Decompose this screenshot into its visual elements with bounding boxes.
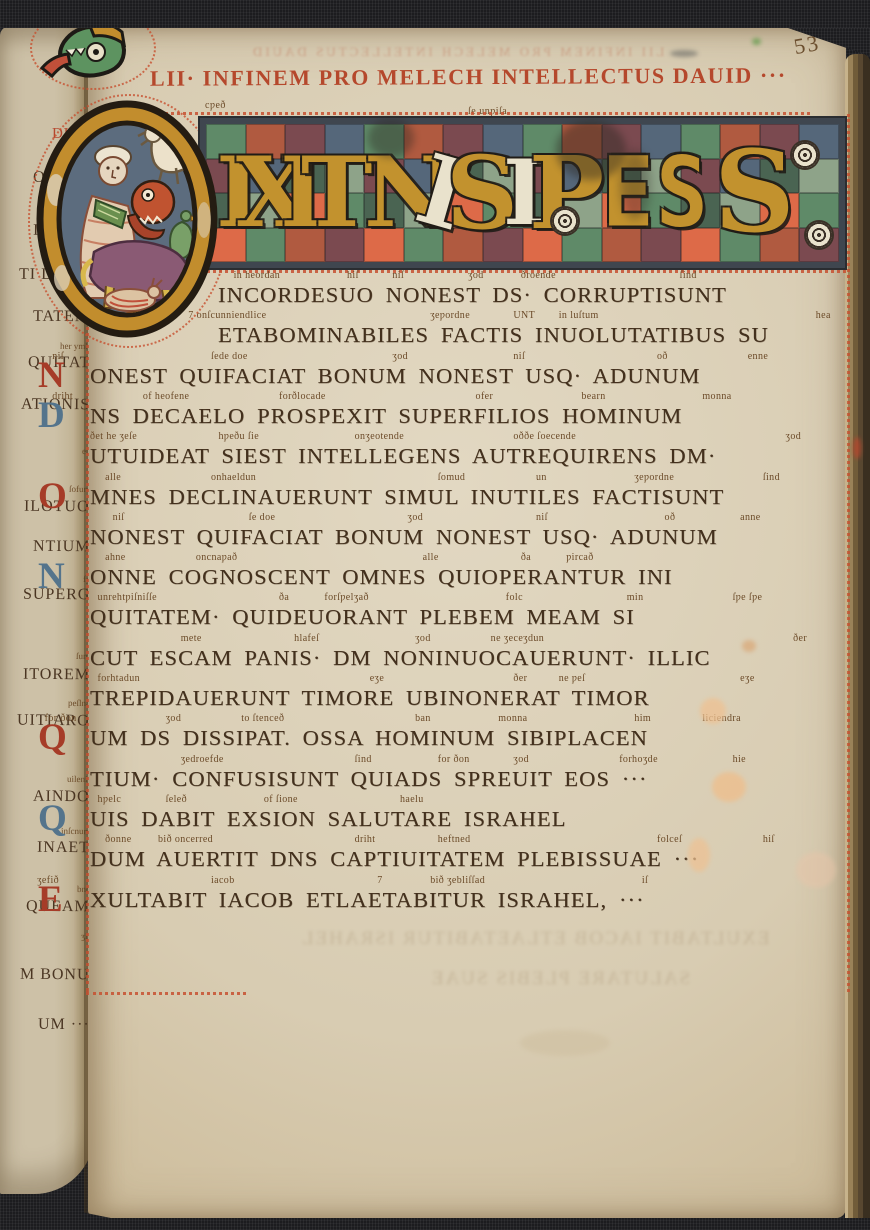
interlinear-gloss: ſind bbox=[355, 754, 372, 765]
interlinear-gloss: oð bbox=[657, 351, 668, 362]
interlinear-gloss: driht bbox=[355, 834, 376, 845]
interlinear-gloss: oððe ſoecende bbox=[513, 431, 576, 442]
interlinear-gloss: 7 onſcunniendlice bbox=[188, 310, 266, 321]
page-fragment: M BONU bbox=[20, 966, 90, 985]
stain bbox=[670, 50, 698, 57]
psalm-text-block: in heordanhiſniſʒodðroendeſindINCORDESUO… bbox=[90, 0, 846, 1230]
stain bbox=[853, 437, 861, 459]
interlinear-gloss: forſƿelʒað bbox=[324, 592, 369, 603]
interlinear-gloss: ʒeƿordne bbox=[634, 472, 674, 483]
verse-initial: D bbox=[38, 399, 65, 433]
interlinear-gloss: niſ bbox=[52, 351, 64, 362]
interlinear-gloss: ʒod bbox=[468, 270, 484, 281]
interlinear-gloss: ſomud bbox=[438, 472, 466, 483]
interlinear-gloss: bearn bbox=[581, 391, 605, 402]
interlinear-gloss: in luſtum bbox=[559, 310, 599, 321]
interlinear-gloss: for ðon bbox=[45, 713, 77, 724]
page-fragment: INAET bbox=[37, 839, 90, 857]
psalm-line-text: DUM AUERTIT DNS CAPTIUITATEM PLEBISSUAE … bbox=[90, 847, 699, 872]
psalm-line: in heordanhiſniſʒodðroendeſindINCORDESUO… bbox=[90, 272, 846, 312]
psalm-line-text: TREPIDAUERUNT TIMORE UBINONERAT TIMOR bbox=[90, 686, 650, 711]
interlinear-gloss: for ðon bbox=[438, 754, 470, 765]
interlinear-gloss: monna bbox=[702, 391, 731, 402]
interlinear-gloss: alle bbox=[105, 472, 121, 483]
interlinear-gloss: ſind bbox=[680, 270, 697, 281]
interlinear-gloss: niſ bbox=[392, 270, 404, 281]
interlinear-gloss: eʒe bbox=[370, 673, 385, 684]
stain bbox=[368, 118, 414, 158]
psalm-line-text: UTUIDEAT SIEST INTELLEGENS AUTREQUIRENS … bbox=[90, 444, 716, 469]
interlinear-gloss: ʒod bbox=[166, 713, 182, 724]
psalm-line-text: NS DECAELO PROSPEXIT SUPERFILIOS HOMINUM bbox=[90, 404, 682, 429]
interlinear-gloss: hiſ bbox=[763, 834, 775, 845]
backing-fabric bbox=[0, 0, 870, 28]
interlinear-gloss: in heordan bbox=[234, 270, 281, 281]
interlinear-gloss: folceſ bbox=[657, 834, 682, 845]
stain bbox=[742, 640, 756, 652]
interlinear-gloss: ſede doe bbox=[211, 351, 248, 362]
stain bbox=[752, 38, 761, 45]
interlinear-gloss: monna bbox=[498, 713, 527, 724]
interlinear-gloss: ne ʒeceʒdun bbox=[491, 633, 545, 644]
stain bbox=[688, 838, 710, 872]
interlinear-gloss: ʒod bbox=[415, 633, 431, 644]
interlinear-gloss: ƿircað bbox=[566, 552, 593, 563]
interlinear-gloss: iſ bbox=[642, 875, 648, 886]
verse-initial: N bbox=[38, 560, 65, 594]
interlinear-gloss: him bbox=[634, 713, 651, 724]
page-fragment: ITOREM bbox=[23, 666, 90, 685]
interlinear-gloss: hƿelc bbox=[98, 794, 122, 805]
interlinear-gloss: ðer bbox=[793, 633, 807, 644]
interlinear-gloss: bið ʒebliſſad bbox=[430, 875, 485, 886]
psalm-line-text: QUITATEM· QUIDEUORANT PLEBEM MEAM SI bbox=[90, 605, 635, 630]
interlinear-gloss: hlafeſ bbox=[294, 633, 319, 644]
dotted-border bbox=[847, 114, 850, 992]
psalm-line: unrehtƿiſniſſeðaforſƿelʒaðfolcminſƿe ſƿe… bbox=[90, 594, 846, 634]
interlinear-gloss: mete bbox=[181, 633, 202, 644]
interlinear-gloss: forhoʒde bbox=[619, 754, 658, 765]
interlinear-gloss: anne bbox=[740, 512, 760, 523]
interlinear-gloss: un bbox=[536, 472, 547, 483]
psalm-line: Qhƿelcſeleðof ſionehaeluUIS DABIT EXSION… bbox=[90, 796, 846, 836]
psalm-line-text: ETABOMINABILES FACTIS INUOLUTATIBUS SU bbox=[218, 323, 769, 348]
interlinear-gloss: hiſ bbox=[347, 270, 359, 281]
psalm-line: Nniſſede doeʒodniſoðenneONEST QUIFACIAT … bbox=[90, 353, 846, 393]
psalm-line-text: UIS DABIT EXSION SALUTARE ISRAHEL bbox=[90, 807, 567, 832]
psalm-line-text: CUT ESCAM PANIS· DM NONINUOCAUERUNT· ILL… bbox=[90, 646, 711, 671]
interlinear-gloss: ða bbox=[279, 592, 289, 603]
interlinear-gloss: ſind bbox=[763, 472, 780, 483]
psalm-line-text: ONNE COGNOSCENT OMNES QUIOPERANTUR INI bbox=[90, 565, 673, 590]
interlinear-gloss: ʒod bbox=[513, 754, 529, 765]
interlinear-gloss: forhtadun bbox=[98, 673, 140, 684]
psalm-line-text: XULTABIT IACOB ETLAETABITUR ISRAHEL, ··· bbox=[90, 888, 645, 913]
stain bbox=[796, 852, 836, 888]
interlinear-gloss: niſ bbox=[513, 351, 525, 362]
interlinear-gloss: ſeleð bbox=[166, 794, 187, 805]
interlinear-gloss: enne bbox=[748, 351, 768, 362]
interlinear-gloss: bið oncerred bbox=[158, 834, 213, 845]
psalm-line: Eʒefiðiacob7bið ʒebliſſadiſXULTABIT IACO… bbox=[90, 877, 846, 917]
psalm-line-text: TIUM· CONFUSISUNT QUIADS SPREUIT EOS ··· bbox=[90, 767, 648, 792]
psalm-line: Qfor ðonʒodto ſtenceðbanmonnahimliciendr… bbox=[90, 715, 846, 755]
interlinear-gloss: of heofene bbox=[143, 391, 189, 402]
stain bbox=[620, 150, 650, 220]
interlinear-gloss: iacob bbox=[211, 875, 235, 886]
verse-initial: N bbox=[38, 359, 65, 393]
psalm-line-text: UM DS DISSIPAT. OSSA HOMINUM SIBIPLACEN bbox=[90, 726, 648, 751]
interlinear-gloss: ne ƿeſ bbox=[559, 673, 586, 684]
stain bbox=[520, 1030, 610, 1056]
verse-initial: Q bbox=[38, 802, 67, 836]
interlinear-gloss: ahne bbox=[105, 552, 125, 563]
interlinear-gloss: ʒod bbox=[392, 351, 408, 362]
verse-initial: Q bbox=[38, 721, 67, 755]
interlinear-gloss: onhaeldun bbox=[211, 472, 256, 483]
stain bbox=[700, 698, 726, 724]
interlinear-gloss: ða bbox=[521, 552, 531, 563]
interlinear-gloss: oncnaƿað bbox=[196, 552, 238, 563]
interlinear-gloss: ʒod bbox=[408, 512, 424, 523]
interlinear-gloss: driht bbox=[52, 391, 73, 402]
interlinear-gloss: UNT bbox=[513, 310, 535, 321]
interlinear-gloss: oð bbox=[665, 512, 676, 523]
interlinear-gloss: ſƿe ſƿe bbox=[733, 592, 763, 603]
psalm-line: OalleonhaeldunſomudunʒeƿordneſindMNES DE… bbox=[90, 474, 846, 514]
interlinear-gloss: forðlocade bbox=[279, 391, 326, 402]
interlinear-gloss: haelu bbox=[400, 794, 424, 805]
interlinear-gloss: folc bbox=[506, 592, 523, 603]
psalm-line-text: INCORDESUO NONEST DS· CORRUPTISUNT bbox=[218, 283, 727, 308]
interlinear-gloss: unrehtƿiſniſſe bbox=[98, 592, 157, 603]
psalm-line-text: NONEST QUIFACIAT BONUM NONEST USQ· ADUNU… bbox=[90, 525, 718, 550]
interlinear-gloss: heftned bbox=[438, 834, 471, 845]
psalm-line: ðet he ʒeſehƿeðu ſieonʒeotendeoððe ſoece… bbox=[90, 433, 846, 473]
folio-number: 53 bbox=[792, 30, 822, 60]
dotted-border bbox=[86, 272, 89, 992]
interlinear-gloss: eʒe bbox=[740, 673, 755, 684]
interlinear-gloss: onʒeotende bbox=[355, 431, 405, 442]
interlinear-gloss: niſ bbox=[113, 512, 125, 523]
interlinear-gloss: ðet he ʒeſe bbox=[90, 431, 137, 442]
psalm-line: NahneoncnaƿaðalleðaƿircaðONNE COGNOSCENT… bbox=[90, 554, 846, 594]
interlinear-gloss: ðonne bbox=[105, 834, 131, 845]
stain bbox=[556, 120, 626, 180]
psalm-line: metehlafeſʒodne ʒeceʒdunðerCUT ESCAM PAN… bbox=[90, 635, 846, 675]
psalm-line-text: MNES DECLINAUERUNT SIMUL INUTILES FACTIS… bbox=[90, 485, 724, 510]
psalm-line: forhtaduneʒeðerne ƿeſeʒeTREPIDAUERUNT TI… bbox=[90, 675, 846, 715]
interlinear-gloss: of ſione bbox=[264, 794, 298, 805]
interlinear-gloss: ðroende bbox=[521, 270, 556, 281]
interlinear-gloss: ſe doe bbox=[249, 512, 276, 523]
manuscript-photo: DUMdeiſOTENSſinʒINGUAſoduTI DOLUTATEMher… bbox=[0, 0, 870, 1230]
interlinear-gloss: 7 bbox=[377, 875, 382, 886]
psalm-line: ðonnebið oncerreddrihtheftnedfolceſhiſDU… bbox=[90, 836, 846, 876]
interlinear-gloss: ban bbox=[415, 713, 431, 724]
interlinear-gloss: to ſtenceð bbox=[241, 713, 284, 724]
interlinear-gloss: ʒod bbox=[786, 431, 802, 442]
psalm-line: 7 onſcunniendliceʒeƿordneUNTin luſtumhea… bbox=[90, 312, 846, 352]
psalm-line: Ddrihtof heofeneforðlocadeoferbearnmonna… bbox=[90, 393, 846, 433]
interlinear-gloss: alle bbox=[423, 552, 439, 563]
interlinear-gloss: ʒedroefde bbox=[181, 754, 224, 765]
page-fragment: NTIUM bbox=[32, 538, 90, 557]
interlinear-gloss: niſ bbox=[536, 512, 548, 523]
interlinear-gloss: hƿeðu ſie bbox=[219, 431, 260, 442]
psalm-line: niſſe doeʒodniſoðanneNONEST QUIFACIAT BO… bbox=[90, 514, 846, 554]
interlinear-gloss: hea bbox=[816, 310, 831, 321]
interlinear-gloss: hie bbox=[733, 754, 746, 765]
psalm-line-text: ONEST QUIFACIAT BONUM NONEST USQ· ADUNUM bbox=[90, 364, 701, 389]
page-fragment: UM ··· bbox=[38, 1016, 90, 1034]
interlinear-gloss: ʒeƿordne bbox=[430, 310, 470, 321]
verse-initial: O bbox=[38, 480, 67, 514]
interlinear-gloss: ofer bbox=[476, 391, 494, 402]
interlinear-gloss: ʒefið bbox=[37, 875, 59, 886]
interlinear-gloss: min bbox=[627, 592, 644, 603]
interlinear-gloss: ðer bbox=[513, 673, 527, 684]
stain bbox=[712, 772, 746, 802]
verse-initial: E bbox=[38, 883, 63, 917]
